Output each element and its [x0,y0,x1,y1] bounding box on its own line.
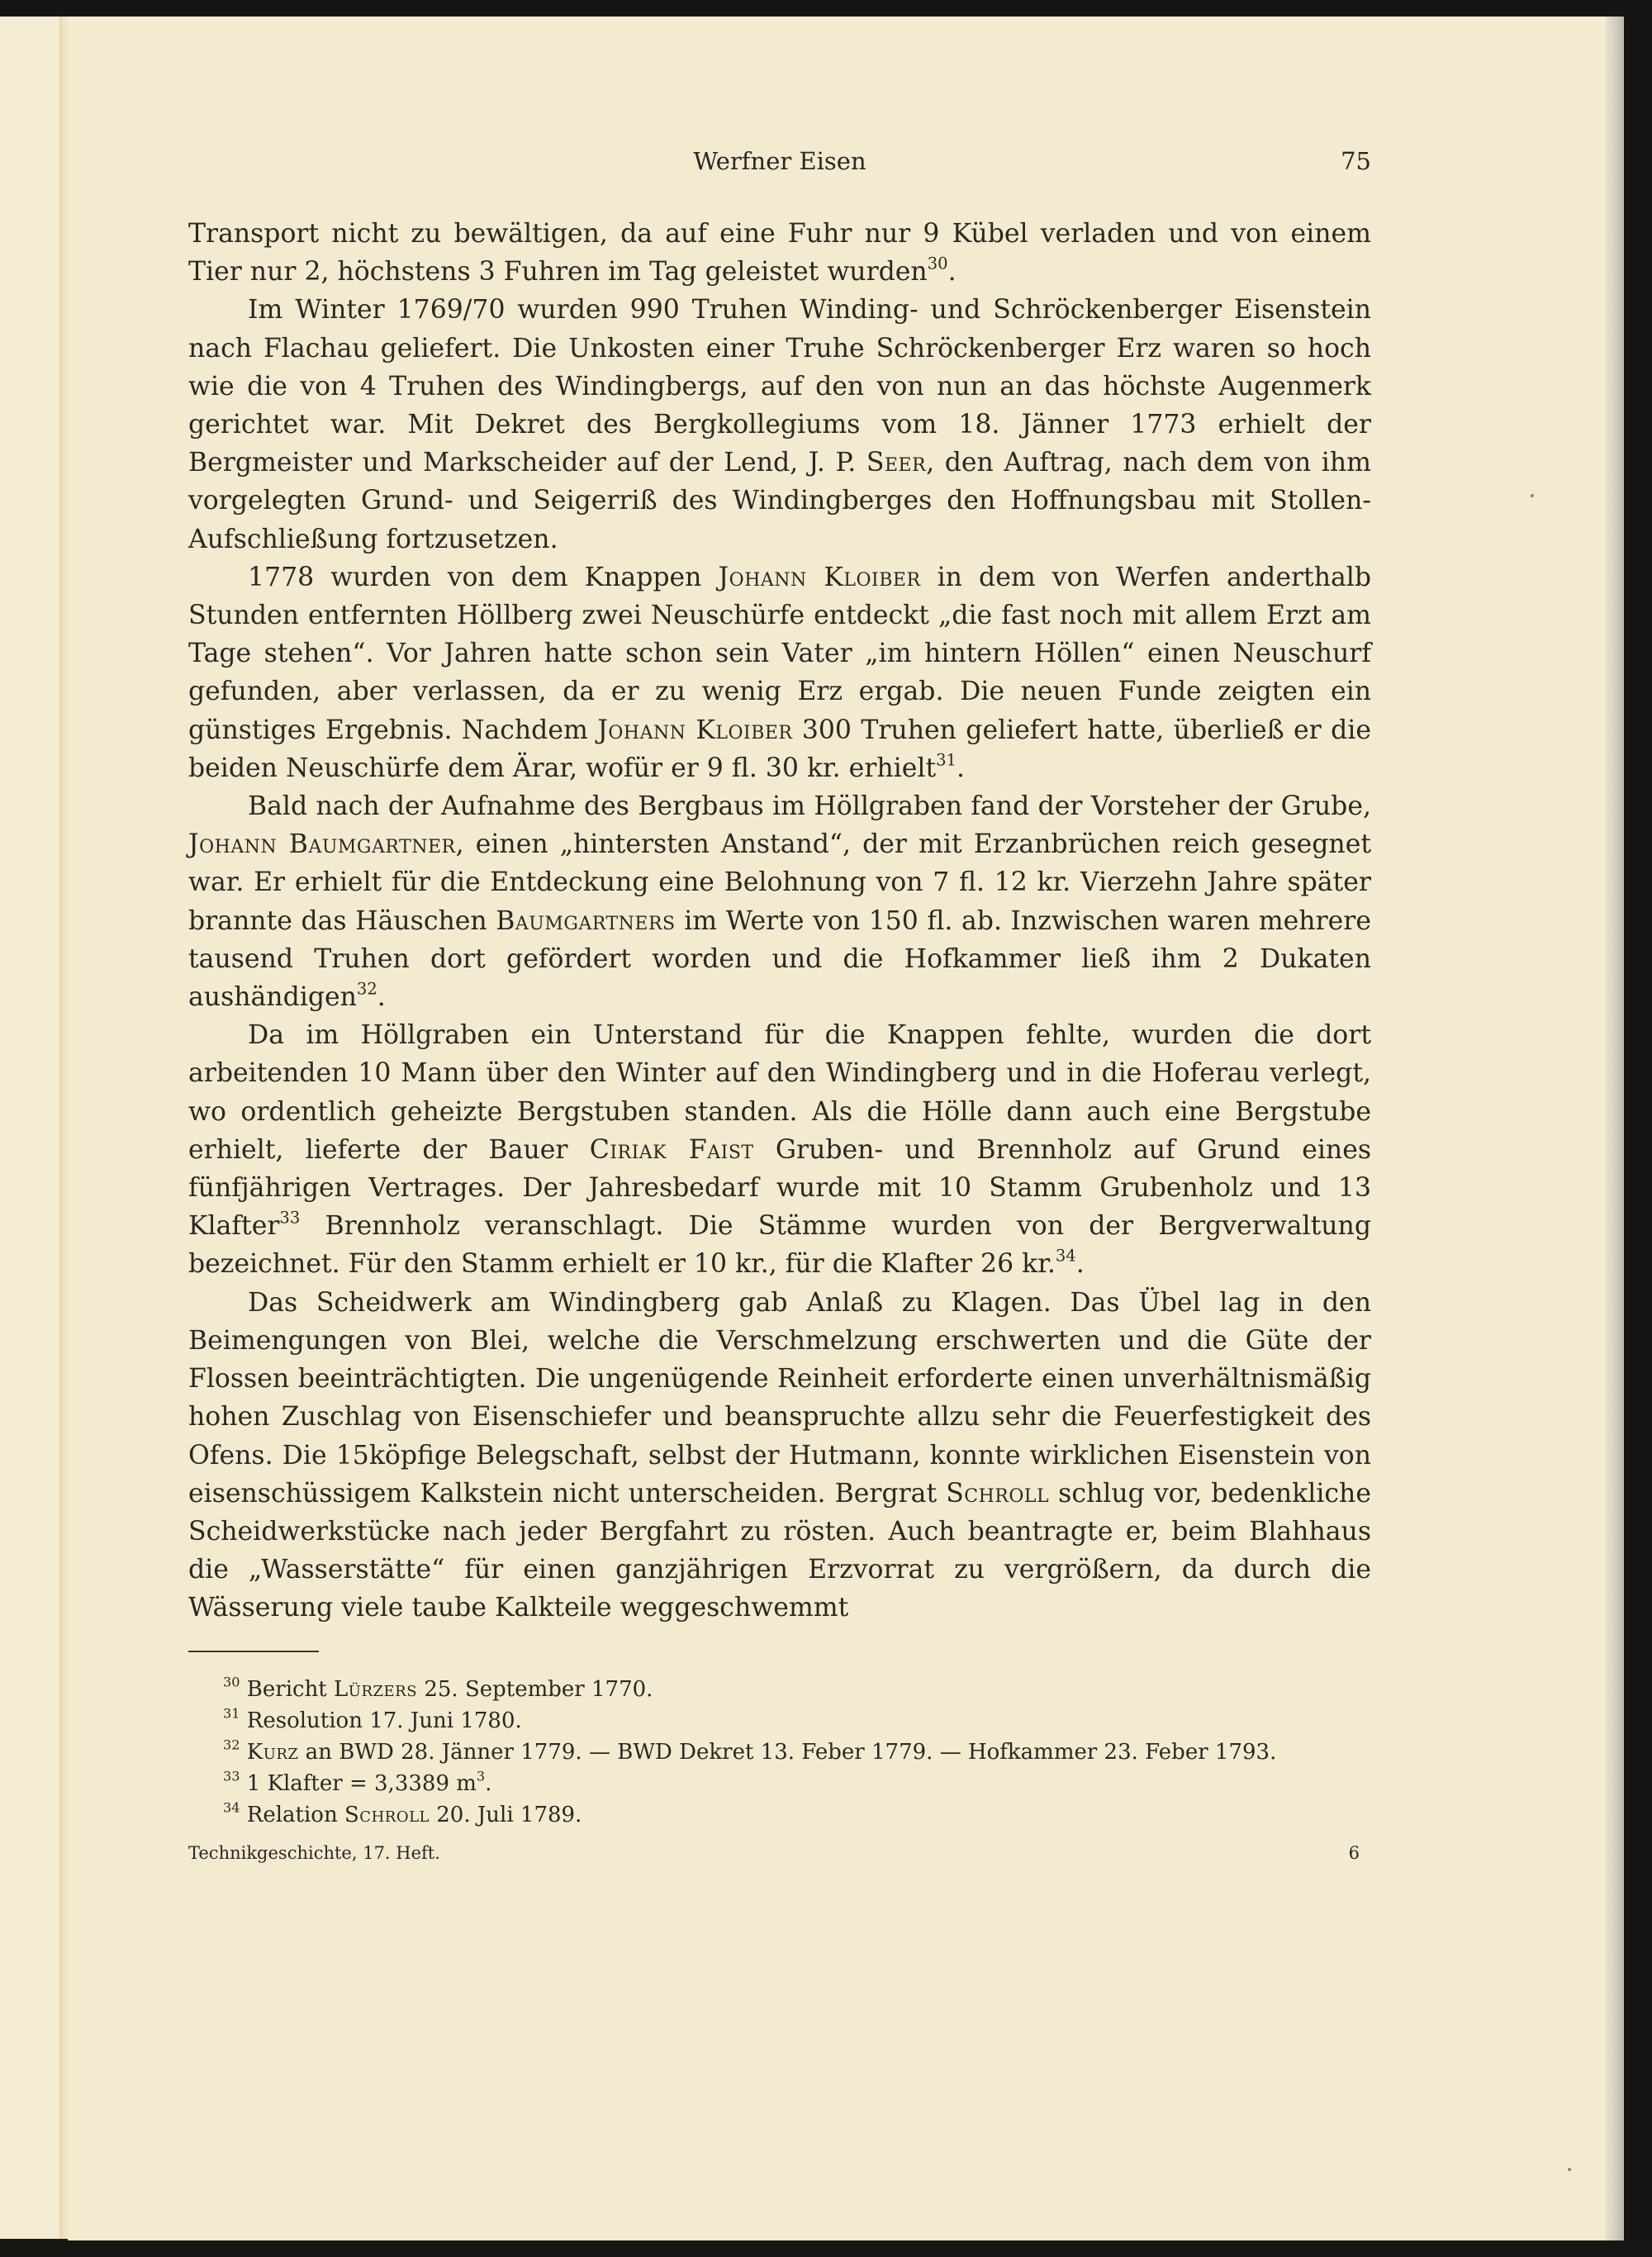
footnote-33: 33 1 Klafter = 3,3389 m3. [188,1768,1371,1799]
paper-speck [1531,494,1534,497]
paper-speck [1568,2168,1571,2171]
paragraph: Bald nach der Aufnahme des Bergbaus im H… [188,787,1371,1016]
paragraph: Im Winter 1769/70 wurden 990 Truhen Wind… [188,291,1371,558]
paragraph: Das Scheidwerk am Windingberg gab Anlaß … [188,1284,1371,1627]
signature-mark: 6 [1349,1843,1360,1863]
person-name: Johann Baumgartner [188,829,456,859]
running-head: Werfner Eisen 75 [188,147,1371,183]
body-text: Transport nicht zu bewältigen, da auf ei… [188,215,1371,1627]
paragraph: 1778 wurden von dem Knappen Johann Kloib… [188,558,1371,787]
page-number: 75 [1341,147,1371,175]
person-name: Johann Kloiber [597,715,792,745]
footnote-30: 30 Bericht Lürzers 25. September 1770. [188,1674,1371,1705]
footnote-ref[interactable]: 31 [936,750,957,769]
person-name: Schroll [946,1479,1049,1509]
publication-title: Technikgeschichte, 17. Heft. [188,1843,440,1863]
page-footer: Technikgeschichte, 17. Heft. 6 [188,1843,1371,1868]
scan-background-top [0,0,1652,17]
footnote-34: 34 Relation Schroll 20. Juli 1789. [188,1799,1371,1831]
page-content: Werfner Eisen 75 Transport nicht zu bewä… [188,147,1371,1868]
facing-page-edge [0,17,59,2239]
footnote-separator [188,1651,319,1652]
page-stack-edge [1606,17,1624,2247]
scan-background-bottom [0,2240,1652,2257]
footnote-ref[interactable]: 34 [1056,1247,1076,1266]
footnote-ref[interactable]: 32 [357,979,377,998]
footnotes: 30 Bericht Lürzers 25. September 1770. 3… [188,1674,1371,1832]
person-name: Ciriak Faist [590,1135,754,1165]
footnote-ref[interactable]: 33 [279,1209,300,1228]
scan-background-right [1624,0,1652,2257]
footnote-32: 32 Kurz an BWD 28. Jänner 1779. — BWD De… [188,1737,1371,1768]
running-title: Werfner Eisen [188,147,1371,175]
person-name: Baumgartners [496,906,675,936]
paragraph: Transport nicht zu bewältigen, da auf ei… [188,215,1371,291]
footnote-ref[interactable]: 30 [928,254,948,273]
person-name: Johann Kloiber [719,563,921,592]
person-name: Seer [866,448,926,478]
paragraph: Da im Höllgraben ein Unterstand für die … [188,1016,1371,1283]
book-gutter [59,17,68,2239]
footnote-31: 31 Resolution 17. Juni 1780. [188,1705,1371,1737]
